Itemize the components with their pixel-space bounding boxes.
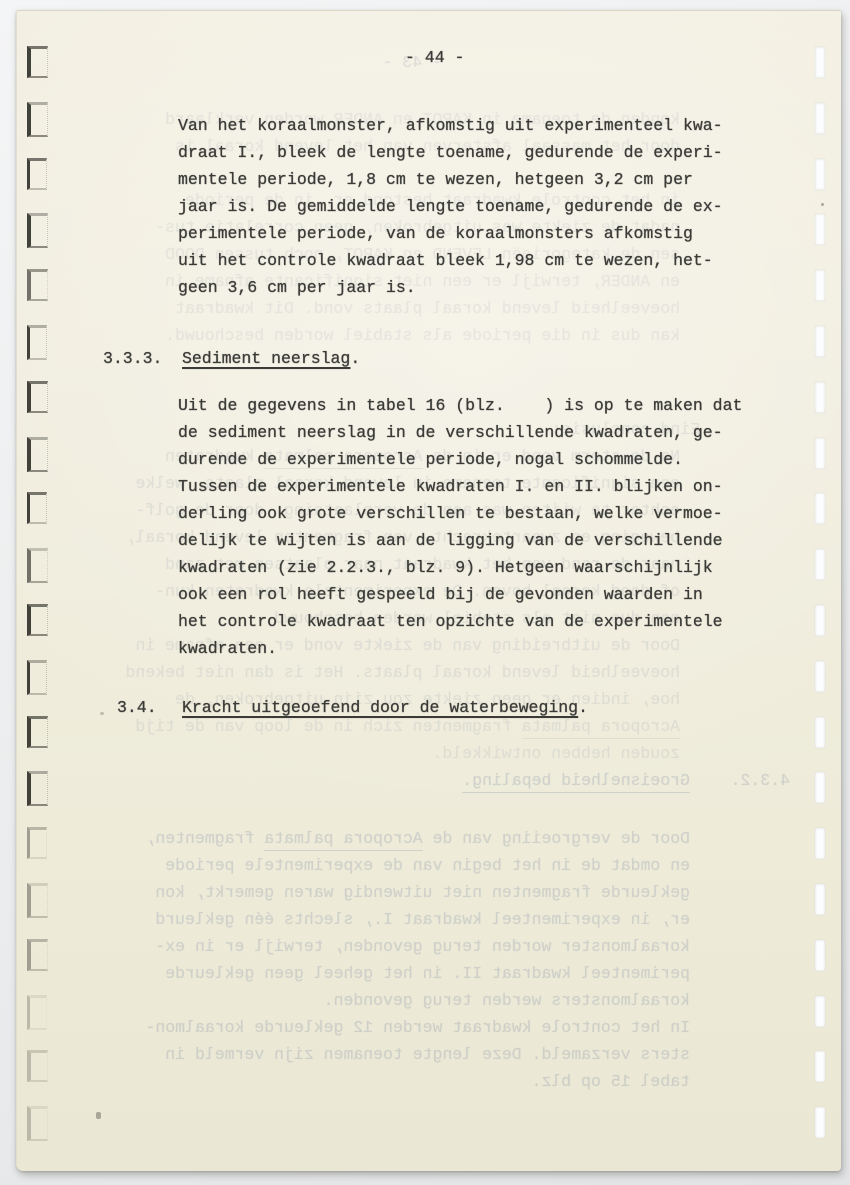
punch-hole <box>815 47 825 78</box>
binding-imprint-mark <box>27 1106 48 1141</box>
binding-imprint-mark <box>27 325 47 360</box>
binding-imprint-mark <box>27 437 48 472</box>
punch-hole <box>815 270 825 301</box>
binding-imprint-mark <box>27 995 47 1030</box>
punch-hole <box>815 382 825 413</box>
punch-hole <box>815 159 825 190</box>
scanned-document-page: - 43 -konden de toename in KAPOT en ANDE… <box>0 0 850 1185</box>
typed-content: - 44 - Van het koraalmonster, afkomstig … <box>0 0 850 1185</box>
punch-hole <box>815 326 825 357</box>
binding-imprint-mark <box>27 158 47 190</box>
paragraph-growth-results: Van het koraalmonster, afkomstig uit exp… <box>178 112 723 301</box>
punch-hole <box>815 605 825 636</box>
punch-hole <box>815 884 825 915</box>
punch-hole <box>815 1107 825 1138</box>
binding-imprint-mark <box>27 604 48 636</box>
binding-imprint-mark <box>27 213 48 248</box>
section-title: Kracht uitgeoefend door de waterbeweging… <box>182 694 588 721</box>
binding-imprint-mark <box>27 660 47 695</box>
punch-hole <box>815 549 825 580</box>
binding-imprint-mark <box>27 492 47 524</box>
binding-imprint-mark <box>27 381 48 413</box>
punch-hole <box>815 438 825 469</box>
binding-imprint-mark <box>27 939 48 971</box>
binding-imprint-mark <box>27 883 48 918</box>
binding-imprint-mark <box>27 771 48 806</box>
binding-imprint-mark <box>27 827 47 859</box>
punch-hole <box>815 1051 825 1082</box>
punch-hole <box>815 717 825 748</box>
section-title: Sediment neerslag. <box>182 345 360 372</box>
punch-hole <box>815 996 825 1027</box>
punch-hole <box>815 661 825 692</box>
binding-imprint-mark <box>27 548 48 583</box>
binding-imprint-mark <box>27 102 48 137</box>
paragraph-sediment: Uit de gegevens in tabel 16 (blz. ) is o… <box>178 392 742 662</box>
ink-speck <box>821 203 824 206</box>
punch-hole <box>815 214 825 245</box>
punch-hole <box>815 828 825 859</box>
punch-hole <box>815 940 825 971</box>
binding-imprint-mark <box>27 269 48 301</box>
punch-hole <box>815 103 825 134</box>
section-number: 3.3.3. <box>103 345 162 372</box>
punch-hole <box>815 772 825 803</box>
binding-imprint-mark <box>27 716 48 748</box>
ink-speck <box>100 712 104 715</box>
section-number: 3.4. <box>117 694 157 721</box>
punch-hole <box>815 493 825 524</box>
binding-imprint-mark <box>27 46 48 78</box>
binding-imprint-mark <box>27 1050 48 1082</box>
page-number: - 44 - <box>405 44 464 71</box>
ink-speck <box>96 1112 101 1119</box>
